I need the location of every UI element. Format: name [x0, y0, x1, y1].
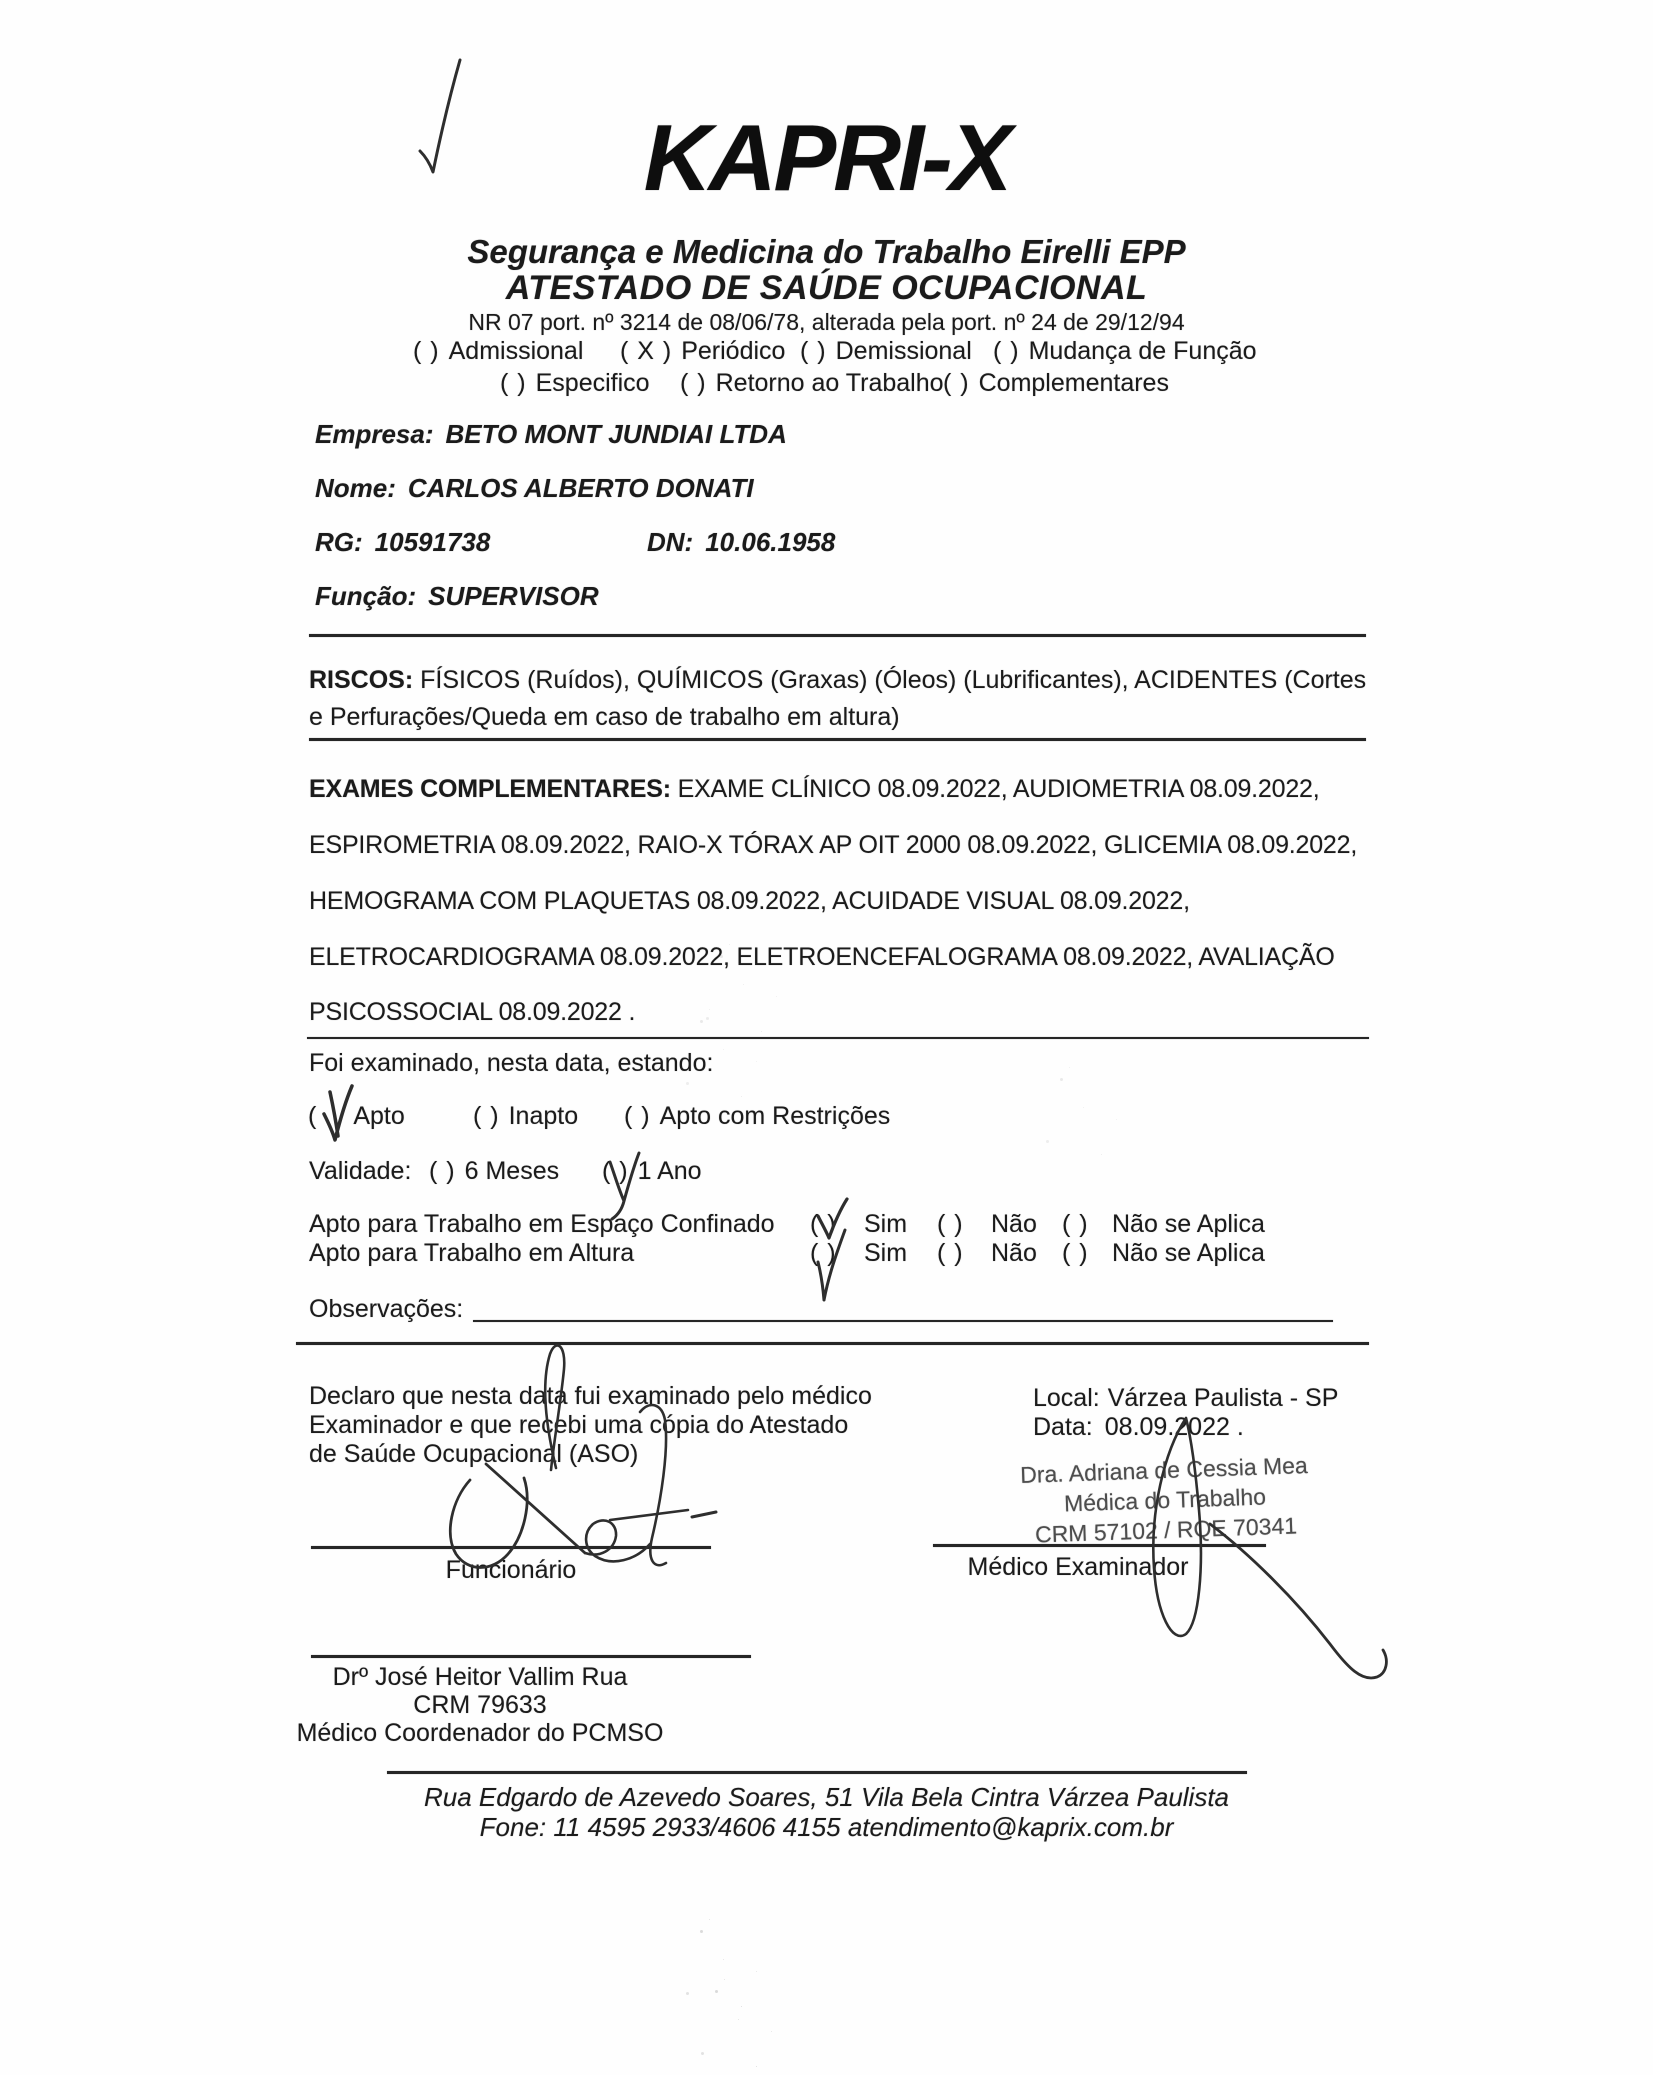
- checkbox-inapto: ( )Inapto: [473, 1102, 578, 1131]
- checkbox-complementares: ( )Complementares: [943, 369, 1169, 398]
- altura-sim-label: Sim: [864, 1239, 907, 1268]
- scan-noise: [715, 1990, 718, 1993]
- checkbox-altura-nsa: ( ): [1062, 1239, 1089, 1268]
- scan-noise: [1060, 1078, 1063, 1081]
- divider: [307, 1037, 1369, 1039]
- checkbox-parens: ( ): [413, 337, 440, 365]
- footer-contact: Fone: 11 4595 2933/4606 4155 atendimento…: [0, 1812, 1653, 1843]
- brand-title: KAPRI-X: [0, 104, 1653, 212]
- checkbox-altura-nao: ( ): [937, 1239, 964, 1268]
- checkbox-confinado-sim: ( ): [810, 1210, 837, 1239]
- aptidao-confinado-label: Apto para Trabalho em Espaço Confinado: [309, 1210, 775, 1239]
- checkbox-admissional: ( )Admissional: [413, 337, 583, 366]
- validade-label: Validade:: [309, 1157, 411, 1186]
- checkbox-altura-sim: ( ): [810, 1239, 837, 1268]
- field-empresa: Empresa:BETO MONT JUNDIAI LTDA: [315, 419, 787, 450]
- checkbox-parens: ( ): [993, 337, 1020, 365]
- handwritten-signature-medico: [1210, 1524, 1386, 1678]
- aptidao-altura-label: Apto para Trabalho em Altura: [309, 1239, 634, 1268]
- field-local: Local:Várzea Paulista - SP: [1033, 1384, 1338, 1413]
- exames-line-4: ELETROCARDIOGRAMA 08.09.2022, ELETROENCE…: [309, 943, 1335, 972]
- handwritten-dash: [692, 1512, 716, 1517]
- checkbox-parens: ( ): [680, 369, 707, 397]
- confinado-nsa-label: Não se Aplica: [1112, 1210, 1265, 1239]
- field-rg: RG:10591738: [315, 527, 490, 558]
- checkbox-apto-restricoes: ( )Apto com Restrições: [624, 1102, 890, 1131]
- scan-noise: [720, 955, 723, 958]
- regulation-line: NR 07 port. nº 3214 de 08/06/78, alterad…: [0, 309, 1653, 336]
- scan-noise: [700, 1020, 703, 1023]
- declaration-text: Declaro que nesta data fui examinado pel…: [309, 1382, 872, 1469]
- checkbox-periodico: ( X )Periódico: [620, 337, 785, 366]
- checkbox-parens: ( ): [500, 369, 527, 397]
- checkbox-mudanca-funcao: ( )Mudança de Função: [993, 337, 1257, 366]
- medico-examinador-label: Médico Examinador: [933, 1553, 1223, 1582]
- handwritten-signature-funcionario: [450, 1464, 585, 1568]
- brand-subtitle: Segurança e Medicina do Trabalho Eirelli…: [0, 233, 1653, 271]
- divider: [309, 634, 1366, 637]
- funcionario-signature-line: [311, 1546, 711, 1549]
- field-dn: DN:10.06.1958: [647, 527, 835, 558]
- field-nome: Nome:CARLOS ALBERTO DONATI: [315, 473, 754, 504]
- checkbox-1-ano: ( )1 Ano: [602, 1157, 702, 1186]
- checkbox-6-meses: ( )6 Meses: [429, 1157, 559, 1186]
- checkbox-retorno-trabalho: ( )Retorno ao Trabalho: [680, 369, 944, 398]
- checkbox-confinado-nsa: ( ): [1062, 1210, 1089, 1239]
- confinado-sim-label: Sim: [864, 1210, 907, 1239]
- checkbox-parens: ( ): [943, 369, 970, 397]
- coordinator-block: Drº José Heitor Vallim Rua CRM 79633 Méd…: [280, 1663, 680, 1747]
- exames-line-2: ESPIROMETRIA 08.09.2022, RAIO-X TÓRAX AP…: [309, 831, 1357, 860]
- exam-result-intro: Foi examinado, nesta data, estando:: [309, 1049, 713, 1078]
- medico-signature-line: [933, 1544, 1266, 1547]
- checkbox-apto: (Apto: [308, 1102, 405, 1131]
- funcionario-label: Funcionário: [311, 1556, 711, 1585]
- footer-line: [387, 1771, 1247, 1774]
- coordinator-line: [311, 1655, 751, 1658]
- footer-address: Rua Edgardo de Azevedo Soares, 51 Vila B…: [0, 1782, 1653, 1813]
- coordinator-role: Médico Coordenador do PCMSO: [280, 1719, 680, 1747]
- document-title: ATESTADO DE SAÚDE OCUPACIONAL: [0, 269, 1653, 308]
- exames-line-5: PSICOSSOCIAL 08.09.2022 .: [309, 998, 635, 1027]
- observacoes-blank-line: [473, 1320, 1333, 1322]
- doctor-stamp: Dra. Adriana de Cessia Mea Médica do Tra…: [999, 1449, 1332, 1550]
- exames-line-3: HEMOGRAMA COM PLAQUETAS 08.09.2022, ACUI…: [309, 887, 1190, 916]
- checkbox-parens-checked: ( X ): [620, 337, 672, 365]
- checkbox-confinado-nao: ( ): [937, 1210, 964, 1239]
- checkbox-demissional: ( )Demissional: [800, 337, 972, 366]
- coordinator-crm: CRM 79633: [280, 1691, 680, 1719]
- exames-line-1: EXAMES COMPLEMENTARES: EXAME CLÍNICO 08.…: [309, 775, 1320, 804]
- divider: [296, 1342, 1369, 1345]
- riscos-label: RISCOS:: [309, 666, 413, 694]
- exames-label: EXAMES COMPLEMENTARES:: [309, 775, 671, 803]
- altura-nao-label: Não: [991, 1239, 1037, 1268]
- altura-nsa-label: Não se Aplica: [1112, 1239, 1265, 1268]
- riscos-paragraph: RISCOS: FÍSICOS (Ruídos), QUÍMICOS (Grax…: [309, 662, 1381, 736]
- confinado-nao-label: Não: [991, 1210, 1037, 1239]
- field-data: Data:08.09.2022 .: [1033, 1413, 1244, 1442]
- checkbox-especifico: ( )Especifico: [500, 369, 650, 398]
- coordinator-name: Drº José Heitor Vallim Rua: [280, 1663, 680, 1691]
- field-funcao: Função:SUPERVISOR: [315, 581, 599, 612]
- scan-noise: [700, 1930, 703, 1933]
- divider: [309, 738, 1366, 741]
- scanned-document-page: KAPRI-X Segurança e Medicina do Trabalho…: [0, 0, 1653, 2075]
- checkbox-parens: ( ): [800, 337, 827, 365]
- observacoes-label: Observações:: [309, 1295, 463, 1324]
